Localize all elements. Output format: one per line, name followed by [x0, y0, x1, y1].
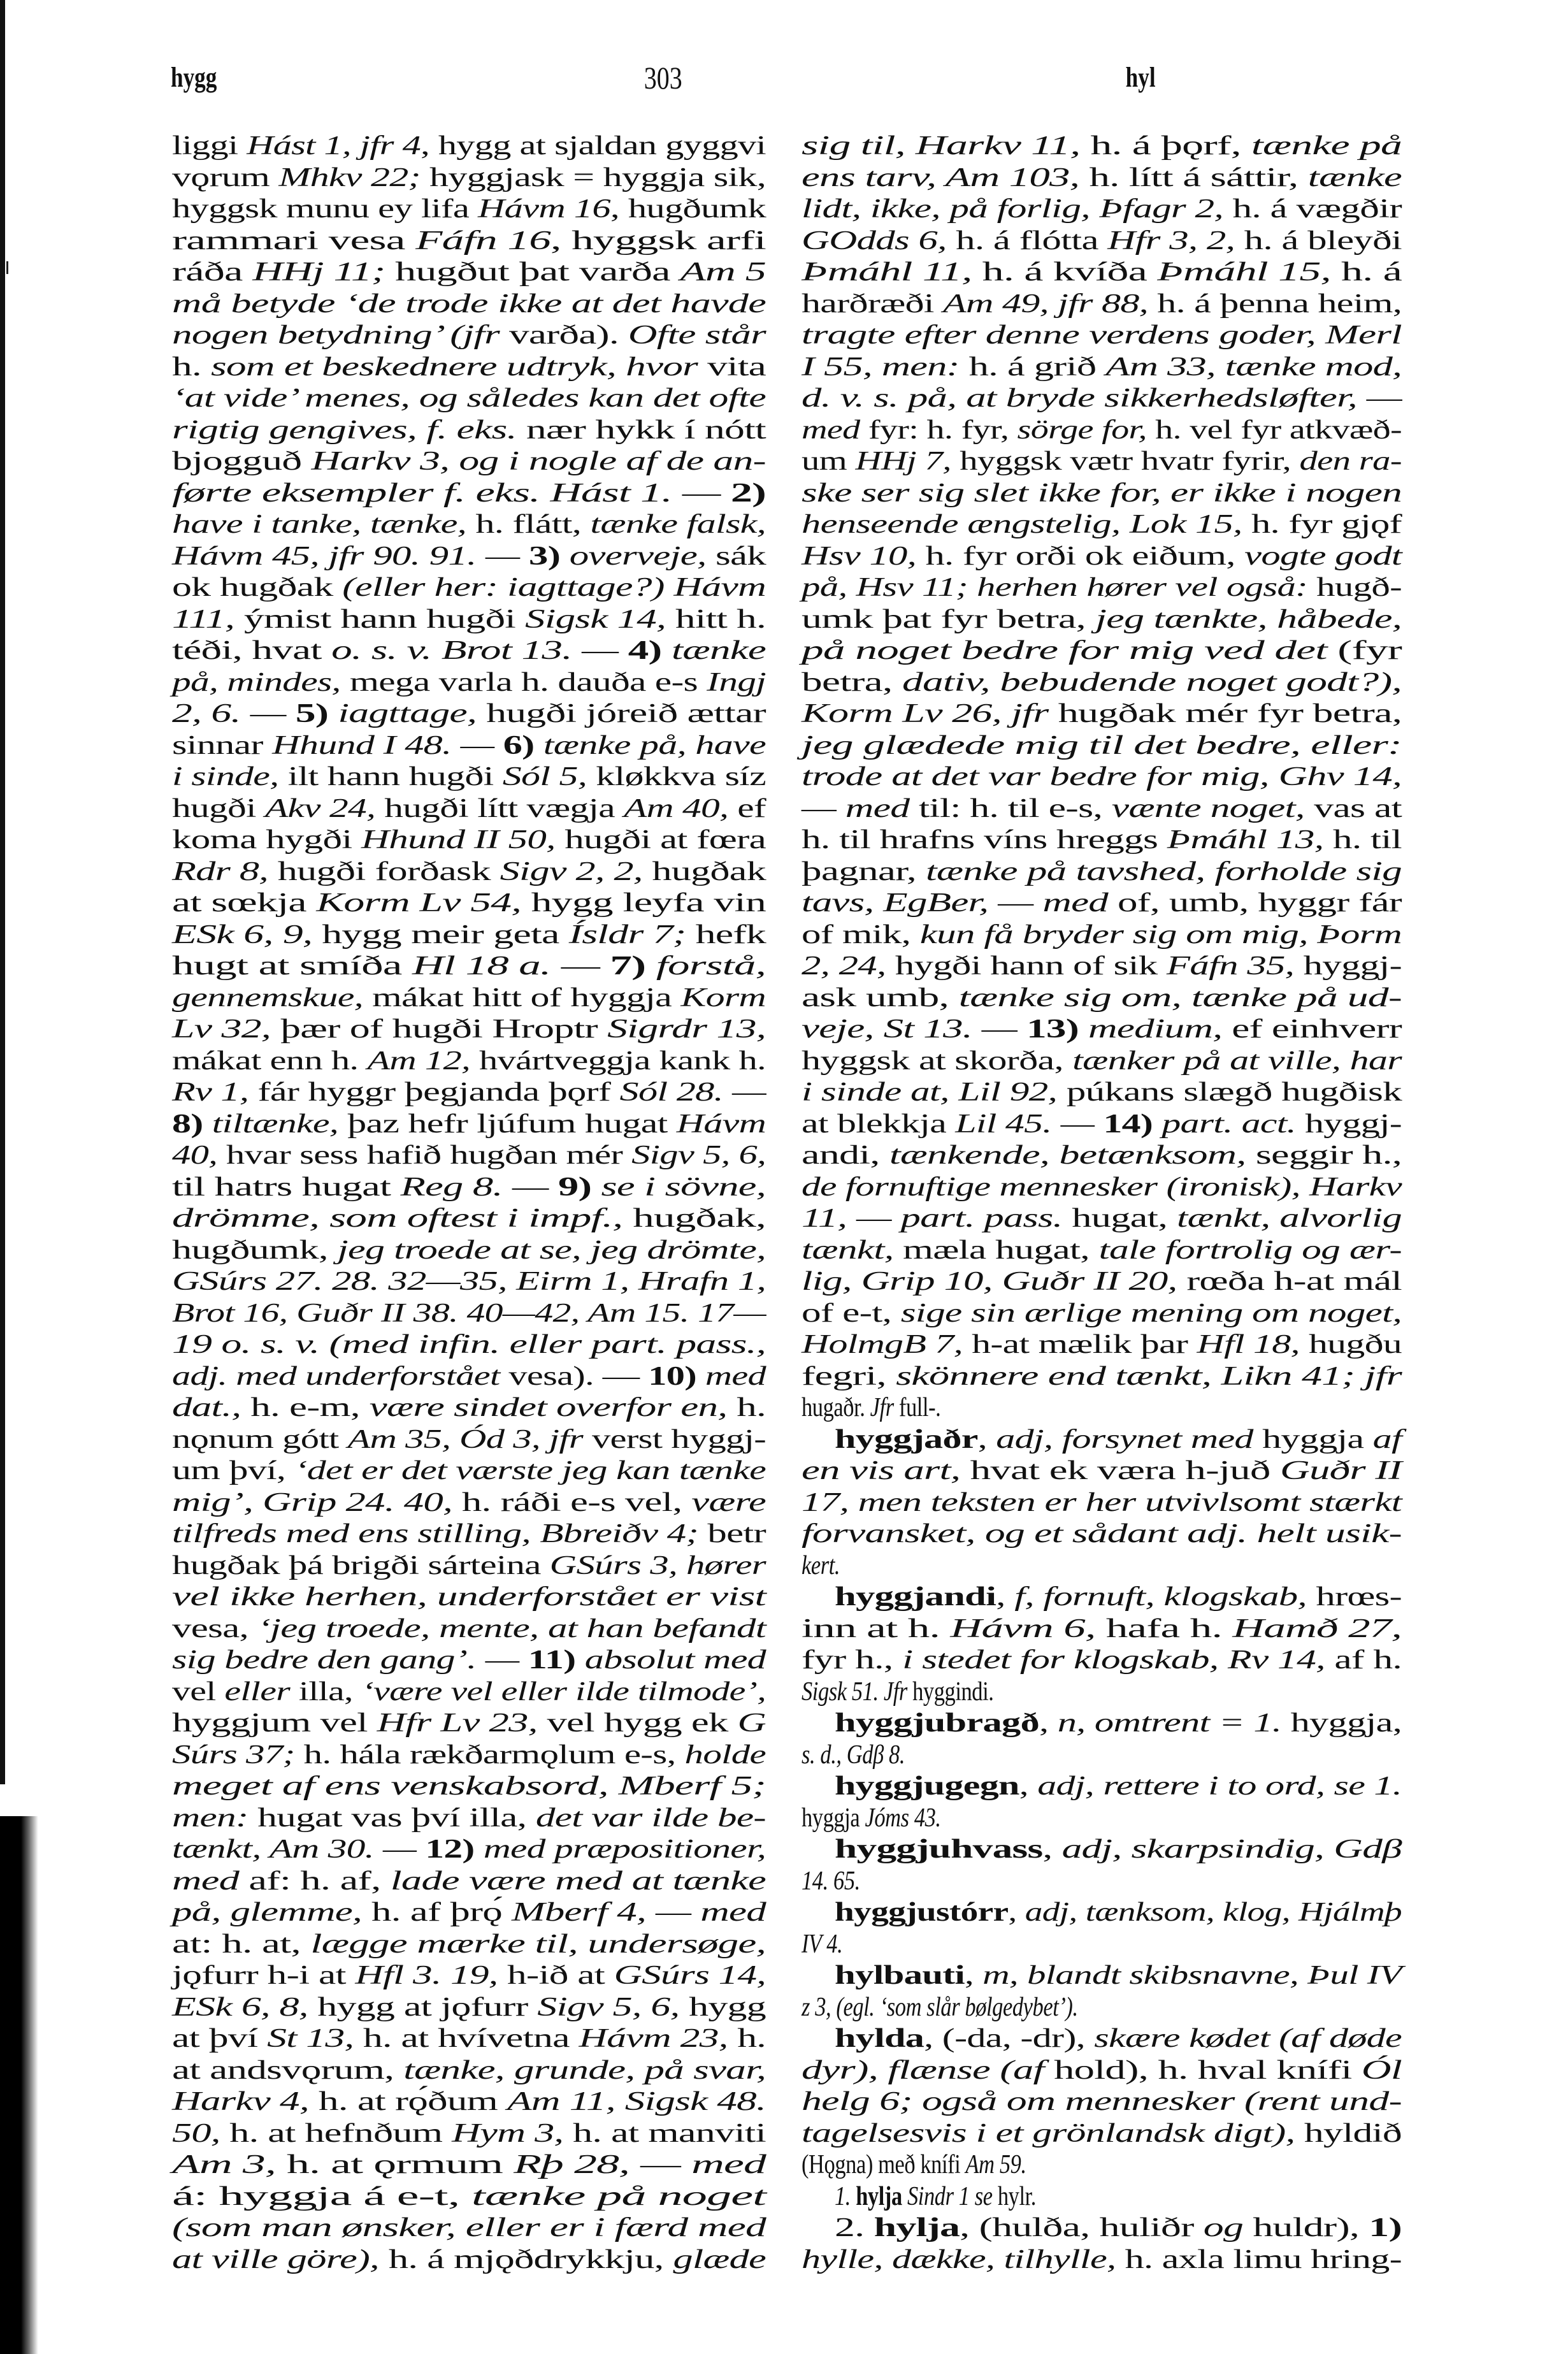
text-line: Hávm 45, jfr 90. 91. — 3) overveje, sák — [172, 541, 766, 573]
text: hyggj- — [1305, 1109, 1402, 1139]
text: hyggja — [1262, 1425, 1373, 1454]
italic-text: d. v. s. på, at bryde sikkerhedsløfter, … — [802, 384, 1402, 413]
text: þær of hugði Hroptr — [280, 1015, 607, 1044]
italic-text: s. d., Gdβ 8. — [802, 1740, 905, 1770]
text: hugði forðask — [278, 857, 500, 886]
text-line: h. til hrafns víns hreggs Þmáhl 13, h. t… — [802, 825, 1402, 856]
italic-text: Þmáhl 11, — [802, 257, 982, 287]
text-line: lidt, ikke, på forlig, Þfagr 2, h. á væg… — [802, 194, 1402, 226]
headword: hylja — [874, 2213, 960, 2242]
italic-text: en vis art, — [802, 1456, 970, 1485]
headword: hyggjandi — [835, 1582, 996, 1612]
text: vel hygg ek — [547, 1708, 737, 1738]
italic-text: Jóms 43. — [865, 1803, 940, 1833]
entry-headword-line: hylda, (-da, -dr), skære kødet (af døde — [802, 2023, 1402, 2055]
text-line: mig’, Grip 24. 40, h. ráði e-s vel, være — [172, 1487, 766, 1519]
italic-text: Fáfn 16 — [415, 226, 550, 256]
text-line: koma hygði Hhund II 50, hugði at fœra — [172, 825, 766, 856]
text: fyr h., — [802, 1645, 902, 1675]
italic-text: se i sövne, — [601, 1173, 766, 1202]
italic-text: tragte efter denne verdens goder, Merl — [802, 321, 1402, 350]
italic-text: i stedet for klogskab, Rv 14, — [902, 1645, 1334, 1675]
text-line: 19 o. s. v. (med infin. eller part. pass… — [172, 1329, 766, 1361]
text-line: drömme, som oftest i impf., hugðak, — [172, 1203, 766, 1235]
italic-text: veje, St 13. — — [802, 1015, 1026, 1044]
text-line: tagelsesvis i et grönlandsk digt), hyldi… — [802, 2118, 1402, 2150]
italic-text: St 13, — [267, 2024, 363, 2053]
italic-text: n, omtrent = 1. — [1058, 1708, 1291, 1738]
text: of mik, — [802, 920, 920, 950]
text: ok hugðak — [172, 573, 342, 602]
italic-text: tilfreds med ens stilling, Bbreiðv 4; — [172, 1519, 707, 1549]
text: h. at hvívetna — [363, 2024, 579, 2053]
text: 2. — [835, 2213, 874, 2242]
text-line: þagnar, tænke på tavshed, forholde sig — [802, 856, 1402, 888]
text: h. — [737, 1393, 766, 1422]
text: ilt hann hugði — [288, 762, 503, 791]
text-line: kert. — [802, 1550, 1402, 1582]
italic-text: GSúrs 3, hører — [550, 1551, 766, 1580]
italic-text: adj, skarpsindig, Gdβ — [1062, 1835, 1402, 1864]
italic-text: Hávm — [677, 1109, 766, 1139]
text: andi, — [802, 1141, 889, 1170]
text-line: 111, ýmist hann hugði Sigsk 14, hitt h. — [172, 604, 766, 636]
italic-text: 2, 6. — — [172, 699, 296, 728]
text: (Hǫgna) með knífi — [802, 2150, 966, 2179]
text-line: hugt at smíða Hl 18 a. — 7) forstå, — [172, 951, 766, 983]
text-line: at blekkja Lil 45. — 14) part. act. hygg… — [802, 1109, 1402, 1141]
italic-text: 111, — [172, 605, 244, 634]
text: umk þat fyr betra, — [802, 605, 1095, 634]
italic-text: dativ, bebudende noget godt?), — [902, 668, 1402, 697]
headword: hylda — [835, 2024, 924, 2053]
italic-text: Am 5 — [680, 257, 766, 287]
text: hugðu — [1309, 1330, 1402, 1359]
text: fár hyggr þegjanda þǫrf — [257, 1078, 619, 1107]
text: hyggja, — [1291, 1708, 1402, 1738]
text: at því — [172, 2024, 267, 2053]
text: h. e-m, — [250, 1393, 369, 1422]
italic-text: på, Hsv 11; herhen hører vel også: — [802, 573, 1316, 602]
text: , (-da, -dr), — [924, 2024, 1094, 2053]
italic-text: ske ser sig slet ikke for, er ikke i nog… — [802, 479, 1402, 508]
italic-text: nogen betydning’ (jfr — [172, 321, 509, 350]
italic-text: Sigv 5, 6, — [631, 1141, 766, 1170]
text: hyggjum vel — [172, 1708, 377, 1738]
italic-text: Reg 8. — — [401, 1173, 558, 1202]
text: um því, — [172, 1456, 294, 1485]
text-line: tænkt, Am 30. — 12) med præpositioner, — [172, 1834, 766, 1866]
text-line: til hatrs hugat Reg 8. — 9) se i sövne, — [172, 1172, 766, 1204]
text: vas at — [1314, 794, 1402, 823]
italic-text: Hamð 27, — [1232, 1614, 1402, 1643]
text: harðræði — [802, 289, 943, 319]
italic-text: tænke på, have — [543, 731, 766, 760]
text: hygg at jǫfurr — [317, 1993, 537, 2022]
italic-text: adj, rettere i to ord, se 1. — [1037, 1772, 1402, 1801]
text: ask umb, — [802, 983, 959, 1013]
text-line: forvansket, og et sådant adj. helt usik- — [802, 1519, 1402, 1550]
italic-text: Am 49, jfr 88, — [943, 289, 1157, 319]
italic-text: tænke falsk, — [590, 510, 766, 539]
text-line: nǫnum gótt Am 35, Ód 3, jfr verst hyggj- — [172, 1424, 766, 1456]
italic-text: Hhund II 50, — [361, 825, 565, 855]
text: hygg meir geta — [322, 920, 568, 950]
text-line: GSúrs 27. 28. 32—35, Eirm 1, Hrafn 1, — [172, 1266, 766, 1298]
text-line: vǫrum Mhkv 22; hyggjask = hyggja sik, — [172, 162, 766, 194]
text-line: hyggsk munu ey lifa Hávm 16, hugðumk — [172, 194, 766, 226]
italic-text: Am 11, Sigsk 48. — [507, 2087, 766, 2116]
text: hugði jóreið ættar — [486, 699, 766, 728]
italic-text: lig, Grip 10, Guðr II 20, — [802, 1267, 1186, 1296]
text-line: 50, h. at hefnðum Hym 3, h. at manviti — [172, 2118, 766, 2150]
text-line: Rdr 8, hugði forðask Sigv 2, 2, hugðak — [172, 856, 766, 888]
italic-text: IV 4. — [802, 1930, 842, 1959]
text-line: liggi Hást 1, jfr 4, hygg at sjaldan gyg… — [172, 131, 766, 162]
italic-text: vænte noget, — [1112, 794, 1314, 823]
italic-text: sig bedre den gang’. — — [172, 1645, 528, 1675]
italic-text: gennemskue, — [172, 983, 372, 1013]
italic-text: (som man ønsker, eller er i færd med — [172, 2213, 766, 2242]
text: bjogguð — [172, 447, 312, 476]
text-line: Am 3, h. at ǫrmum Rþ 28, — med — [172, 2149, 766, 2181]
text-line: henseende ængstelig, Lok 15, h. fyr gjǫf — [802, 509, 1402, 541]
text: h. á — [1341, 257, 1402, 287]
text: hyggsk vætr hvatr fyrir, — [960, 447, 1299, 476]
text: sák — [716, 542, 766, 571]
text-line: á: hyggja á e-t, tænke på noget — [172, 2181, 766, 2213]
italic-text: iagttage, — [338, 699, 486, 728]
text: hvar sess hafið hugðan mér — [226, 1141, 631, 1170]
italic-text: ‘jeg troede, mente, at han befandt — [257, 1614, 766, 1643]
text: nær hykk í nótt — [526, 415, 766, 445]
headword: hylja — [856, 2182, 907, 2211]
italic-text: tænker på at ville, har — [1072, 1046, 1402, 1076]
text-line: fegri, skönnere end tænkt, Likn 41; jfr — [802, 1361, 1402, 1393]
text: mákat hitt of hyggja — [372, 983, 680, 1013]
italic-text: Guðr II — [1280, 1456, 1402, 1485]
italic-text: 11, — part. pass. — [802, 1204, 1072, 1233]
italic-text: 50, — [172, 2119, 229, 2148]
text-line: fyr h., i stedet for klogskab, Rv 14, af… — [802, 1645, 1402, 1677]
text: h. fyr orði ok eiðum, — [925, 542, 1244, 571]
text-line: hyggjum vel Hfr Lv 23, vel hygg ek G — [172, 1708, 766, 1740]
column-left: liggi Hást 1, jfr 4, hygg at sjaldan gyg… — [172, 131, 766, 2276]
text-line: at því St 13, h. at hvívetna Hávm 23, h. — [172, 2023, 766, 2055]
italic-text: Hfr Lv 23, — [377, 1708, 547, 1738]
text: h. — [172, 352, 211, 382]
text: mæla hugat, — [903, 1236, 1099, 1265]
text-line: med af: h. af, lade være med at tænke — [172, 1866, 766, 1898]
italic-text: tænke på — [1251, 131, 1402, 161]
entry-headword-line: hylbauti, m, blandt skibsnavne, Þul IV — [802, 1960, 1402, 1992]
italic-text: tænkende, betænksom, — [889, 1141, 1256, 1170]
text-line: inn at h. Hávm 6, hafa h. Hamð 27, — [802, 1614, 1402, 1645]
text-line: lig, Grip 10, Guðr II 20, rœða h-at mál — [802, 1266, 1402, 1298]
text-line: ESk 6, 9, hygg meir geta Ísldr 7; hefk — [172, 920, 766, 951]
text: jǫfurr h-i at — [172, 1961, 355, 1990]
italic-text: Mhkv 22; — [278, 163, 429, 192]
text-line: ask umb, tænke sig om, tænke på ud- — [802, 983, 1402, 1015]
italic-text: eller — [224, 1677, 298, 1707]
text: vesa). — — [508, 1362, 648, 1391]
text-line: vel eller illa, ‘være vel eller ilde til… — [172, 1677, 766, 1708]
text: hyldið — [1304, 2119, 1402, 2148]
text: h. fyr gjǫf — [1251, 510, 1402, 539]
text: , — [1039, 1708, 1058, 1738]
text: púkans slægð hugðisk — [1067, 1078, 1402, 1107]
italic-text: Korm — [680, 983, 766, 1013]
italic-text: Súrs 37; — [172, 1740, 304, 1770]
text: hafa h. — [1106, 1614, 1232, 1643]
text-line: harðræði Am 49, jfr 88, h. á þenna heim, — [802, 289, 1402, 321]
text: hold), h. hval knífi — [1054, 2056, 1362, 2085]
headword: 11) — [528, 1645, 585, 1675]
italic-text: 17, men teksten er her utvivlsomt stærkt — [802, 1488, 1402, 1517]
text: hugð- — [1316, 573, 1402, 602]
text: nǫnum gótt — [172, 1425, 347, 1454]
text: , — [1042, 1835, 1061, 1864]
italic-text: 1. — [835, 2182, 856, 2211]
text: h. á kvíða — [982, 257, 1158, 287]
italic-text: vogte godt — [1244, 542, 1402, 571]
headword: hyggjaðr — [835, 1425, 978, 1454]
text-line: Brot 16, Guðr II 38. 40—42, Am 15. 17— — [172, 1298, 766, 1330]
italic-text: jeg glædede mig til det bedre, eller: — [802, 731, 1402, 760]
headword: 6) — [503, 731, 543, 760]
text: , — [1008, 1898, 1025, 1927]
text-line: IV 4. — [802, 1929, 1402, 1961]
italic-text: Þmáhl 13, — [1167, 825, 1333, 855]
italic-text: kert. — [802, 1551, 840, 1580]
italic-text: ‘at vide’ menes, og således kan det ofte — [172, 384, 766, 413]
headword: 12) — [425, 1835, 483, 1864]
italic-text: tænke på tavshed, forholde sig — [926, 857, 1402, 886]
text: h. á mjǫðdrykkju, — [389, 2245, 673, 2274]
text: hyggindi. — [912, 1677, 993, 1707]
italic-text: Jfr — [870, 1393, 899, 1422]
text-line: en vis art, hvat ek væra h-juð Guðr II — [802, 1455, 1402, 1487]
text-line: HolmgB 7, h-at mælik þar Hfl 18, hugðu — [802, 1329, 1402, 1361]
scan-mark — [6, 261, 8, 274]
page-header: hygg 303 hyl — [171, 59, 1156, 97]
italic-text: adj, tænksom, klog, Hjálmþ — [1025, 1898, 1402, 1927]
text: at sœkja — [172, 888, 316, 918]
text-line: ok hugðak (eller her: iagttage?) Hávm — [172, 572, 766, 604]
text: rammari vesa — [172, 226, 415, 256]
text-line: vesa, ‘jeg troede, mente, at han befandt — [172, 1614, 766, 1645]
italic-text: sig til, Harkv 11, — [802, 131, 1090, 161]
italic-text: og — [1204, 2213, 1253, 2242]
italic-text: Brot 16, Guðr II 38. 40—42, Am 15. 17— — [172, 1299, 766, 1328]
text-line: dyr), flænse (af hold), h. hval knífi Ól — [802, 2055, 1402, 2087]
text-line: umk þat fyr betra, jeg tænkte, håbede, — [802, 604, 1402, 636]
text-line: hyggsk at skorða, tænker på at ville, ha… — [802, 1046, 1402, 1078]
italic-text: kun få bryder sig om mig, Þorm — [920, 920, 1402, 950]
text: h. vel fyr atkvæð- — [1155, 415, 1402, 445]
italic-text: ESk 6, 9, — [172, 920, 322, 950]
text: til: h. til e-s, — [919, 794, 1112, 823]
text: á: hyggja á e-t, — [172, 2182, 471, 2211]
italic-text: med — [802, 415, 868, 445]
text-line: på, glemme, h. af þrǫ́ Mberf 4, — med — [172, 1897, 766, 1929]
italic-text: HHj 7, — [856, 447, 960, 476]
text: af h. — [1334, 1645, 1402, 1675]
text: (fyr — [1337, 636, 1402, 665]
italic-text: må betyde ‘de trode ikke at det havde — [172, 289, 766, 319]
italic-text: Am 3, — [172, 2150, 287, 2179]
italic-text: Ól — [1362, 2056, 1402, 2085]
entry-headword-line: hyggjubragð, n, omtrent = 1. hyggja, — [802, 1708, 1402, 1740]
italic-text: af — [1373, 1425, 1402, 1454]
text: , (hulða, huliðr — [960, 2213, 1204, 2242]
text: at andsvǫrum, — [172, 2056, 403, 2085]
text: fyr: h. fyr, — [868, 415, 1018, 445]
italic-text: z 3, (egl. ‘som slår bølgedybet’). — [802, 1993, 1078, 2022]
text: h. á þǫrf, — [1090, 131, 1251, 161]
text: h. lítt á sáttir, — [1089, 163, 1307, 192]
italic-text: at ville göre), — [172, 2245, 389, 2274]
italic-text: Korm Lv 26, jfr — [802, 699, 1058, 728]
text: hrœs- — [1316, 1582, 1402, 1612]
text: hyggja — [802, 1803, 865, 1833]
italic-text: på, glemme, — [172, 1898, 371, 1927]
text-line: Þmáhl 11, h. á kvíða Þmáhl 15, h. á — [802, 257, 1402, 289]
scan-border-left — [0, 0, 5, 1784]
text-line: 8) tiltænke, þaz hefr ljúfum hugat Hávm — [172, 1109, 766, 1141]
italic-text: Hfr 3, 2, — [1107, 226, 1244, 256]
text-line: 40, hvar sess hafið hugðan mér Sigv 5, 6… — [172, 1140, 766, 1172]
italic-text: adj. med underforstået — [172, 1362, 508, 1391]
text-line: um HHj 7, hyggsk vætr hvatr fyrir, den r… — [802, 446, 1402, 478]
text: h. til — [1333, 825, 1402, 855]
text: hitt h. — [675, 605, 766, 634]
text: hygg leyfa vin — [531, 888, 766, 918]
text: , — [1019, 1772, 1038, 1801]
text-line: jeg glædede mig til det bedre, eller: — [802, 730, 1402, 762]
italic-text: Hym 3, — [452, 2119, 573, 2148]
italic-text: Am 33, tænke mod, — [1105, 352, 1402, 382]
headword: 8) — [172, 1109, 212, 1139]
text-line: nogen betydning’ (jfr varða). Ofte står — [172, 320, 766, 352]
text: koma hygði — [172, 825, 361, 855]
text: of, umb, hyggr fár — [1118, 888, 1402, 918]
text: h-ið at — [507, 1961, 614, 1990]
italic-text: G — [737, 1708, 766, 1738]
italic-text: Mberf 4, — med — [512, 1898, 766, 1927]
text: illa, — [299, 1677, 362, 1707]
text: hugðut þat varða — [395, 257, 680, 287]
text-line: — med til: h. til e-s, vænte noget, vas … — [802, 793, 1402, 825]
italic-text: Hfl 18, — [1197, 1330, 1309, 1359]
italic-text: Hsv 10, — [802, 542, 925, 571]
text: hugaðr. — [802, 1393, 870, 1422]
text-line: hugðumk, jeg troede at se, jeg drömte, — [172, 1235, 766, 1267]
italic-text: 14. 65. — [802, 1867, 860, 1896]
text: h. at rǫ́ðum — [319, 2087, 507, 2116]
text: hygg — [689, 1993, 766, 2022]
italic-text: med præpositioner, — [484, 1835, 766, 1864]
italic-text: Sól 5, — [503, 762, 596, 791]
italic-text: 19 o. s. v. (med infin. eller part. pass… — [172, 1330, 766, 1359]
italic-text: Rdr 8, — [172, 857, 278, 886]
text-line: sinnar Hhund I 48. — 6) tænke på, have — [172, 730, 766, 762]
italic-text: ens tarv, Am 103, — [802, 163, 1089, 192]
text: þaz hefr ljúfum hugat — [347, 1109, 677, 1139]
text: hugðak mér fyr betra, — [1058, 699, 1402, 728]
text-line: trode at det var bedre for mig, Ghv 14, — [802, 762, 1402, 793]
column-right: sig til, Harkv 11, h. á þǫrf, tænke påen… — [802, 131, 1402, 2276]
italic-text: meget af ens venskabsord, Mberf 5; — [172, 1772, 766, 1801]
text: um — [802, 447, 856, 476]
italic-text: GOdds 6, — [802, 226, 956, 256]
text-line: hugðak þá brigði sárteina GSúrs 3, hører — [172, 1550, 766, 1582]
italic-text: tænkt, — [802, 1236, 903, 1265]
text-line: ESk 6, 8, hygg at jǫfurr Sigv 5, 6, hygg — [172, 1992, 766, 2024]
italic-text: tænkt, alvorlig — [1177, 1204, 1402, 1233]
italic-text: skære kødet (af døde — [1094, 2024, 1402, 2053]
text: ráða — [172, 257, 252, 287]
text-line: meget af ens venskabsord, Mberf 5; — [172, 1771, 766, 1803]
text: hugðumk, — [172, 1236, 337, 1265]
italic-text: tale fortrolig og ær- — [1099, 1236, 1402, 1265]
text: h. at hefnðum — [229, 2119, 452, 2148]
italic-text: Korm Lv 54, — [316, 888, 531, 918]
italic-text: absolut med — [585, 1645, 766, 1675]
headword: hylbauti — [835, 1961, 965, 1990]
text: h. ráði e-s vel, — [462, 1488, 691, 1517]
italic-text: adj, forsynet med — [996, 1425, 1262, 1454]
text-line: ens tarv, Am 103, h. lítt á sáttir, tænk… — [802, 162, 1402, 194]
guideword-right: hyl — [1126, 59, 1156, 97]
text-line: um því, ‘det er det værste jeg kan tænke — [172, 1455, 766, 1487]
text-line: I 55, men: h. á grið Am 33, tænke mod, — [802, 352, 1402, 384]
italic-text: tænke, grunde, på svar, — [403, 2056, 766, 2085]
italic-text: — med — [802, 794, 919, 823]
text: hugðak, — [633, 1204, 766, 1233]
italic-text: tænke — [1308, 163, 1402, 192]
text-line: hylle, dække, tilhylle, h. axla limu hri… — [802, 2244, 1402, 2276]
text: h. á þenna heim, — [1157, 289, 1402, 319]
italic-text: trode at det var bedre for mig, Ghv 14, — [802, 762, 1402, 791]
text: hugði at fœra — [565, 825, 766, 855]
italic-text: tænke sig om, tænke på ud- — [959, 983, 1402, 1013]
italic-text: Rþ 28, — med — [514, 2150, 766, 2179]
text-line: of mik, kun få bryder sig om mig, Þorm — [802, 920, 1402, 951]
entry-headword-line: hyggjandi, f, fornuft, klogskab, hrœs- — [802, 1582, 1402, 1614]
text: hugt at smíða — [172, 951, 412, 981]
text: hyggsk munu ey lifa — [172, 194, 478, 224]
headword: hyggjuhvass — [835, 1835, 1042, 1864]
text: hyggjask = hyggja sik, — [429, 163, 766, 192]
italic-text: lægge mærke til, undersøge, — [310, 1930, 766, 1959]
italic-text: Sól 28. — — [620, 1078, 766, 1107]
text-line: GOdds 6, h. á flótta Hfr 3, 2, h. á bley… — [802, 226, 1402, 257]
entry-headword-line: hyggjaðr, adj, forsynet med hyggja af — [802, 1424, 1402, 1456]
text: ýmist hann hugði — [244, 605, 525, 634]
italic-text: ‘det er det værste jeg kan tænke — [294, 1456, 766, 1485]
page-number: 303 — [644, 59, 682, 97]
italic-text: forvansket, og et sådant adj. helt usik- — [802, 1519, 1402, 1549]
italic-text: men: — [172, 1803, 257, 1833]
text-line: rammari vesa Fáfn 16, hyggsk arfi — [172, 226, 766, 257]
italic-text: den ra- — [1299, 447, 1402, 476]
italic-text: holde — [685, 1740, 766, 1770]
italic-text: Akv 24, — [265, 794, 384, 823]
italic-text: Ísldr 7; — [569, 920, 696, 950]
text: mega varla h. dauða e-s — [350, 668, 707, 697]
text-line: Korm Lv 26, jfr hugðak mér fyr betra, — [802, 698, 1402, 730]
